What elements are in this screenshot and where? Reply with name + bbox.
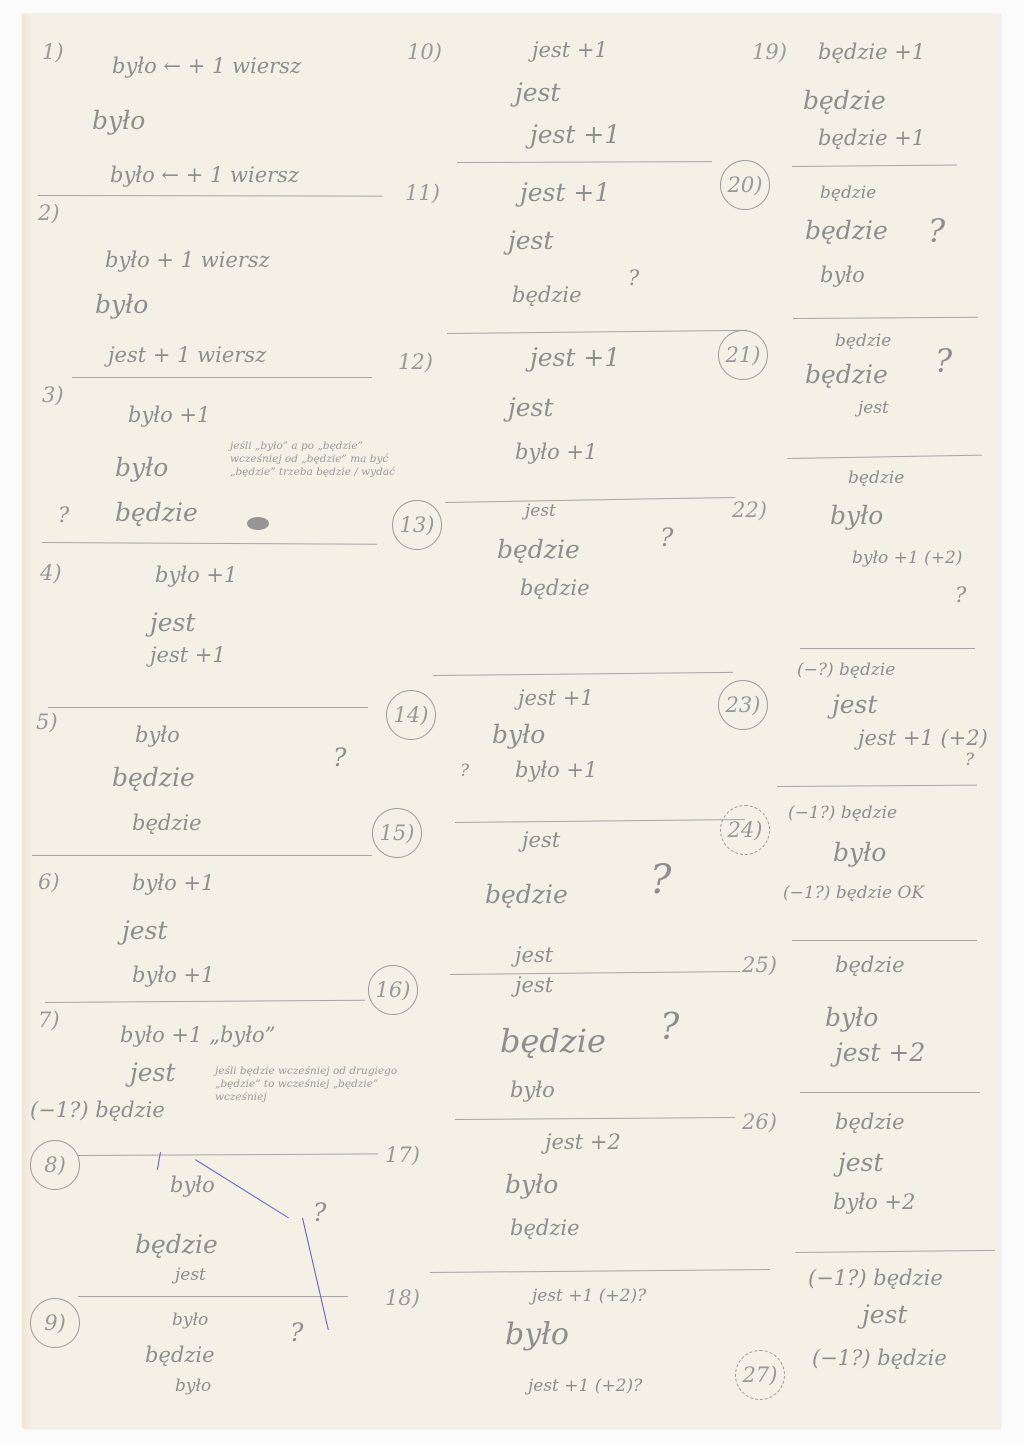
entry-number: 25) xyxy=(742,955,777,976)
question-mark: ? xyxy=(660,525,673,550)
entry-line: jest +1 (+2)? xyxy=(532,1288,646,1305)
margin-note: jeśli będzie wcześniej od drugiego „będz… xyxy=(215,1065,415,1104)
entry-number-circled: 24) xyxy=(720,805,770,855)
entry-line: jest +1 xyxy=(150,645,226,666)
graphite-smudge xyxy=(247,517,269,530)
entry-line: było +1 xyxy=(515,442,597,463)
entry-line: jest xyxy=(508,395,553,420)
entry-line: będzie xyxy=(115,500,198,525)
entry-line: będzie +1 xyxy=(818,128,925,149)
entry-line: jest xyxy=(122,918,167,943)
margin-note: jeśli „było” a po „będzie” wcześniej od … xyxy=(230,440,395,479)
entry-line: jest xyxy=(508,228,553,253)
question-mark: ? xyxy=(460,763,469,780)
entry-line: jest +2 xyxy=(545,1132,621,1153)
entry-line: jest +1 (+2)? xyxy=(528,1378,642,1395)
entry-number: 7) xyxy=(38,1010,60,1031)
entry-line: jest +1 (+2) xyxy=(858,728,988,749)
entry-line: było + 1 wiersz xyxy=(105,250,270,271)
question-mark: ? xyxy=(935,345,952,377)
entry-line: jest xyxy=(515,945,553,966)
entry-line: było +1 xyxy=(132,965,214,986)
entry-line: będzie xyxy=(500,1025,606,1057)
entry-line: było xyxy=(820,265,865,286)
entry-line: jest +1 xyxy=(530,345,620,370)
entry-line: będzie xyxy=(805,362,888,387)
entry-number: 4) xyxy=(40,563,62,584)
entry-line: jest xyxy=(525,503,556,520)
entry-line: było xyxy=(135,725,180,746)
entry-number-circled: 14) xyxy=(386,690,436,740)
rule xyxy=(32,855,372,856)
entry-line: jest xyxy=(838,1150,883,1175)
entry-number: 12) xyxy=(398,352,433,373)
question-mark: ? xyxy=(333,745,346,770)
rule xyxy=(48,707,368,708)
entry-line: będzie xyxy=(512,285,582,306)
entry-line: będzie xyxy=(112,765,195,790)
entry-number-circled: 16) xyxy=(368,965,418,1015)
entry-number-circled: 20) xyxy=(720,160,770,210)
entry-line: było xyxy=(833,840,886,865)
entry-number-circled: 9) xyxy=(30,1298,80,1348)
entry-line: było xyxy=(170,1175,215,1196)
rule xyxy=(78,1296,348,1297)
entry-line: było +2 xyxy=(833,1192,915,1213)
question-mark: ? xyxy=(965,752,974,769)
entry-line: (−1?) będzie xyxy=(30,1100,165,1121)
entry-line: jest +1 xyxy=(518,688,594,709)
question-mark: ? xyxy=(955,585,966,606)
entry-line: jest xyxy=(130,1060,175,1085)
entry-number: 26) xyxy=(742,1112,777,1133)
entry-line: jest xyxy=(515,80,560,105)
rule xyxy=(800,648,975,649)
entry-line: jest +1 xyxy=(532,40,608,61)
entry-line: (−1?) będzie xyxy=(808,1268,943,1289)
entry-number: 22) xyxy=(732,500,767,521)
entry-line: było xyxy=(92,108,145,133)
entry-line: było ← + 1 wiersz xyxy=(110,165,299,186)
entry-number-circled: 8) xyxy=(30,1140,80,1190)
entry-line: było xyxy=(95,292,148,317)
entry-line: będzie xyxy=(510,1218,580,1239)
entry-line: będzie xyxy=(803,88,886,113)
entry-line: będzie xyxy=(848,470,904,487)
question-mark: ? xyxy=(660,1010,679,1046)
entry-line: będzie xyxy=(485,882,568,907)
entry-number: 2) xyxy=(38,203,60,224)
rule xyxy=(792,940,977,941)
entry-line: będzie xyxy=(835,1112,905,1133)
entry-line: jest xyxy=(862,1302,907,1327)
entry-number: 1) xyxy=(42,42,64,63)
entry-line: będzie xyxy=(835,955,905,976)
entry-line: będzie +1 xyxy=(818,42,925,63)
entry-line: było ← + 1 wiersz xyxy=(112,56,301,77)
entry-line: jest + 1 wiersz xyxy=(108,345,266,366)
entry-line: jest xyxy=(522,830,560,851)
entry-line: (−1?) będzie xyxy=(788,805,897,822)
rule xyxy=(800,1092,980,1093)
entry-line: (−1?) będzie OK xyxy=(783,885,924,902)
entry-line: (−1?) będzie xyxy=(812,1348,947,1369)
entry-number: 5) xyxy=(36,712,58,733)
entry-number-circled: 23) xyxy=(718,680,768,730)
entry-number: 19) xyxy=(752,42,787,63)
entry-line: będzie xyxy=(145,1345,215,1366)
question-mark: ? xyxy=(290,1320,303,1345)
question-mark: ? xyxy=(628,268,639,289)
entry-line: jest xyxy=(175,1267,206,1284)
entry-number: 10) xyxy=(407,42,442,63)
entry-line: jest +2 xyxy=(835,1040,925,1065)
entry-line: jest xyxy=(515,975,553,996)
entry-line: jest +1 xyxy=(530,122,620,147)
entry-line: było xyxy=(825,1005,878,1030)
question-mark: ? xyxy=(650,860,671,900)
entry-number: 18) xyxy=(385,1288,420,1309)
entry-line: będzie xyxy=(520,578,590,599)
entry-line: było xyxy=(175,1378,211,1395)
entry-line: (−?) będzie xyxy=(797,662,895,679)
entry-line: było +1 xyxy=(128,405,210,426)
entry-number: 11) xyxy=(405,183,440,204)
entry-number: 17) xyxy=(385,1145,420,1166)
entry-line: jest xyxy=(150,610,195,635)
entry-line: było xyxy=(115,455,168,480)
entry-line: będzie xyxy=(132,813,202,834)
question-mark: ? xyxy=(313,1200,326,1225)
entry-line: będzie xyxy=(805,218,888,243)
entry-line: jest +1 xyxy=(520,180,610,205)
entry-line: było xyxy=(492,722,545,747)
entry-number: 6) xyxy=(38,872,60,893)
entry-number-circled: 27) xyxy=(735,1350,785,1400)
entry-line: jest xyxy=(832,692,877,717)
entry-line: było +1 xyxy=(132,873,214,894)
entry-line: było +1 (+2) xyxy=(852,550,962,567)
entry-line: będzie xyxy=(820,185,876,202)
entry-line: było +1 xyxy=(155,565,237,586)
entry-line: będzie xyxy=(835,333,891,350)
rule xyxy=(72,377,372,378)
entry-number: 3) xyxy=(42,385,64,406)
entry-number-circled: 13) xyxy=(392,500,442,550)
entry-line: było xyxy=(830,503,883,528)
entry-line: będzie xyxy=(135,1232,218,1257)
entry-line: było +1 xyxy=(515,760,597,781)
entry-line: jest xyxy=(858,400,889,417)
entry-number-circled: 21) xyxy=(718,330,768,380)
entry-line: było +1 „było” xyxy=(120,1025,275,1046)
entry-line: było xyxy=(505,1172,558,1197)
entry-number-circled: 15) xyxy=(372,808,422,858)
entry-line: było xyxy=(172,1312,208,1329)
entry-line: będzie xyxy=(497,537,580,562)
entry-question-mark: ? xyxy=(58,505,69,526)
question-mark: ? xyxy=(928,215,945,247)
entry-line: było xyxy=(505,1320,569,1350)
entry-line: było xyxy=(510,1080,555,1101)
